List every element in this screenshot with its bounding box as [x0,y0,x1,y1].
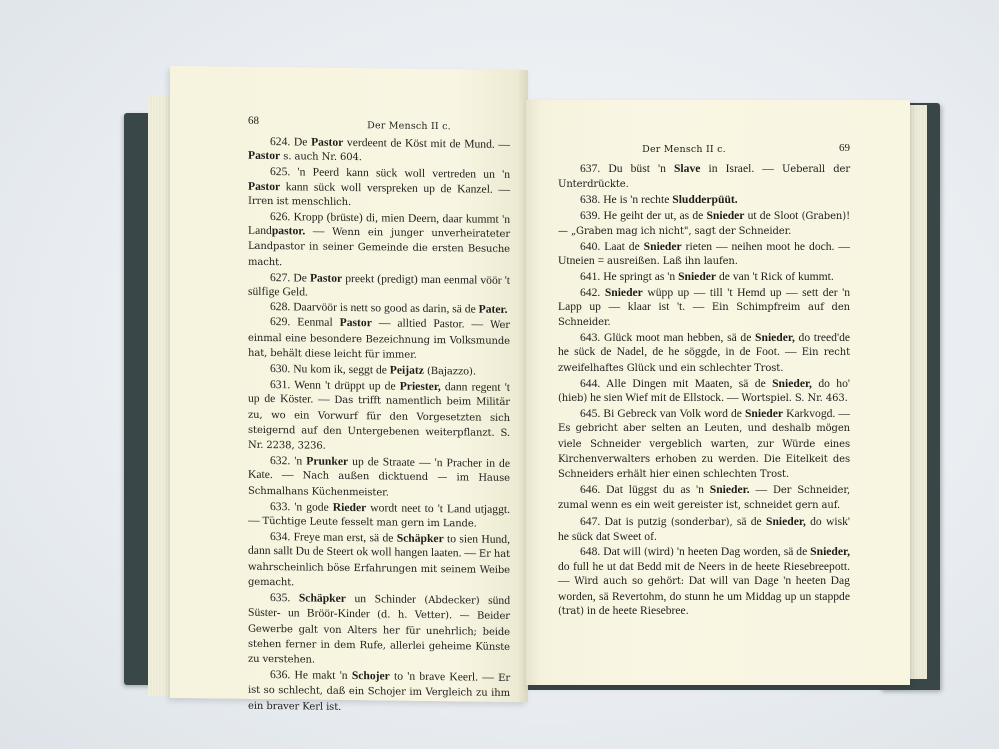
left-page: 68 Der Mensch II c. 624. De Pastor verde… [170,66,528,702]
keyword: Peijatz [390,364,424,377]
entry-number: 642. [580,286,605,299]
dialect-text: 'n heeten Dag worden, sä de [674,545,810,558]
keyword: Schäpker [397,532,444,546]
proverb-entry: 642. Snieder wüpp up — till 't Hemd up —… [558,286,850,331]
entry-number: 625. [270,165,298,178]
keyword: Slave [674,162,700,175]
entry-number: 644. [580,377,606,390]
german-gloss: (sonderbar), [671,517,733,528]
entry-number: 628. [270,300,293,313]
proverb-entry: 637. Du büst 'n Slave in Israel. — Ueber… [558,162,850,192]
dialect-text: de van 't Rick of kummt. [716,270,834,283]
dialect-text: he sien Wief mit de Ellstock. — [587,391,741,404]
entry-list: 637. Du büst 'n Slave in Israel. — Ueber… [558,162,850,619]
proverb-entry: 640. Laat de Snieder rieten — neihen moo… [558,240,850,269]
dialect-text: Laat de [604,240,643,253]
entry-number: 627. [270,271,293,284]
entry-number: 635. [270,591,299,604]
german-gloss: ausreißen. Laß ihn laufen. [607,256,738,267]
keyword: Pastor [248,179,280,192]
entry-number: 626. [270,210,294,223]
keyword: Snieder [745,407,783,420]
keyword: Pastor [248,149,280,162]
dialect-text: verdeent de Köst mit de Mund. — [343,136,510,151]
german-gloss: s. auch Nr. 604. [280,151,362,163]
running-head: Der Mensch II c. [248,119,510,133]
german-gloss: (hieb) [558,393,587,404]
dialect-text: Nu kom ik, seggt de [293,362,390,376]
dialect-text: He geiht der ut, as de [603,209,706,222]
dialect-text: — [305,225,332,238]
dialect-text: He makt 'n [295,668,352,682]
german-gloss: (Bajazzo). [424,366,476,378]
dialect-text: — alltied Pastor. — [372,317,490,331]
german-gloss: Tüchtige Leute fesselt man gern im Lande… [263,516,477,530]
proverb-entry: 648. Dat will (wird) 'n heeten Dag worde… [558,545,850,619]
keyword: Priester, [400,380,441,394]
dialect-text: ut de Sloot [744,209,801,222]
german-gloss: (trat) [558,606,584,617]
keyword: Pastor [340,316,372,329]
keyword: Snieder. [710,483,750,496]
proverb-entry: 643. Glück moot man hebben, sä de Sniede… [558,331,850,376]
proverb-entry: 632. 'n Prunker up de Straate — 'n Prach… [248,454,510,502]
dialect-text: Dat will [603,545,644,558]
keyword: Sludderpüüt. [672,193,737,206]
keyword: Snieder [678,270,716,283]
entry-number: 639. [580,209,603,222]
proverb-entry: 638. He is 'n rechte Sludderpüüt. [558,193,850,207]
proverb-entry: 641. He springt as 'n Snieder de van 't … [558,270,850,284]
entry-number: 645. [580,407,603,420]
dialect-text: Glück moot man hebben, sä de [604,331,755,344]
proverb-entry: 647. Dat is putzig (sonderbar), sä de Sn… [558,515,850,544]
german-gloss: Irren ist menschlich. [248,196,351,208]
entry-number: 633. [270,500,294,513]
dialect-text: De [293,271,310,284]
proverb-entry: 629. Eenmal Pastor — alltied Pastor. — W… [248,315,510,364]
entry-number: 643. [580,331,604,344]
dialect-text: Freye man erst, sä de [294,531,397,545]
dialect-text: un Schinder [346,592,425,606]
keyword: Snieder [706,209,744,222]
dialect-text: Dat is putzig [605,515,671,528]
dialect-text: Wenn 't drüppt up de [294,379,400,393]
right-page: Der Mensch II c. 69 637. Du büst 'n Slav… [526,100,910,685]
entry-number: 637. [580,162,608,175]
entry-number: 648. [580,545,603,558]
keyword: Pastor [311,136,343,149]
keyword: Snieder [644,240,682,253]
dialect-text: Daarvöör is nett so good as darin, sä de [293,301,478,316]
proverb-entry: 627. De Pastor preekt (predigt) man eenm… [248,271,510,303]
entry-number: 640. [580,240,604,253]
entry-number: 632. [270,454,294,467]
proverb-entry: 630. Nu kom ik, seggt de Peijatz (Bajazz… [248,362,510,380]
dialect-text: kann sück woll verspreken up de Kanzel. … [280,180,510,196]
dialect-text: He is 'n rechte [603,193,672,206]
dialect-text: Bi Gebreck van Volk word de [603,407,745,420]
german-gloss: (Abdecker) [424,595,479,607]
keyword: Schojer [352,669,390,682]
proverb-entry: 634. Freye man erst, sä de Schäpker to s… [248,530,510,593]
proverb-entry: 626. Kropp (brüste) di, mien Deern, daar… [248,210,510,273]
keyword: Rieder [333,501,366,514]
proverb-entry: 646. Dat lüggst du as 'n Snieder. — Der … [558,483,850,513]
proverb-entry: 625. 'n Peerd kann sück woll vertreden u… [248,165,510,212]
page-header: 68 Der Mensch II c. [248,115,510,138]
entry-number: 629. [270,315,297,328]
proverb-entry: 636. He makt 'n Schojer to 'n brave Keer… [248,668,510,717]
dialect-text: 'n [294,455,306,468]
keyword: Prunker [306,455,348,469]
dialect-text: sä de [733,515,766,528]
german-gloss: Wird auch so gehört: [574,576,684,587]
keyword: Snieder, [810,545,850,558]
dialect-text: Du büst 'n [608,162,674,175]
dialect-text: in Israel. — [700,162,782,175]
entry-number: 638. [580,193,603,206]
proverb-entry: 635. Schäpker un Schinder (Abdecker) sün… [248,591,510,670]
dialect-text: to 'n brave Keerl. — [390,670,498,684]
dialect-text: 'n Peerd kann sück woll vertreden un 'n [298,166,510,182]
entry-number: 647. [580,515,605,528]
entry-number: 636. [270,668,295,681]
dialect-text: He springt as 'n [603,270,678,283]
entry-number: 630. [270,362,293,375]
proverb-entry: 645. Bi Gebreck van Volk word de Snieder… [558,407,850,482]
dialect-text: Eenmal [297,316,339,330]
keyword: Snieder, [766,515,806,528]
entry-number: 634. [270,530,294,543]
keyword: Schäpker [299,591,346,605]
entry-number: 624. [270,135,294,148]
entry-number: 641. [580,270,603,283]
dialect-text: Alle Dingen mit Maaten, sä de [606,377,772,390]
dialect-text: 'n gode [294,500,332,513]
proverb-entry: 631. Wenn 't drüppt up de Priester, dann… [248,378,510,456]
entry-number: 631. [270,378,294,391]
dialect-text: do ho' [812,377,850,390]
german-gloss: (wird) [644,547,674,558]
dialect-text: in de heete Riesebree. [584,604,689,617]
entry-list: 624. De Pastor verdeent de Köst mit de M… [248,135,510,717]
german-gloss: Wortspiel. S. Nr. 463. [741,393,847,404]
proverb-entry: 624. De Pastor verdeent de Köst mit de M… [248,135,510,168]
page-header: Der Mensch II c. 69 [558,142,850,162]
dialect-text: Karkvogd. — [783,407,850,420]
dialect-text: Dat lüggst du as 'n [606,483,710,496]
german-gloss: Es gebricht aber selten an Leuten, und d… [558,423,850,480]
page-number: 69 [839,142,850,154]
dialect-text: De [294,135,311,148]
running-head: Der Mensch II c. [558,144,850,155]
keyword: Pastor [310,271,342,284]
keyword: Snieder, [755,331,795,344]
keyword: pastor. [272,224,305,237]
proverb-entry: 633. 'n gode Rieder wordt neet to 't Lan… [248,500,510,533]
keyword: Snieder [605,286,643,299]
dialect-text: — [750,483,773,496]
entry-number: 646. [580,483,606,496]
proverb-entry: 644. Alle Dingen mit Maaten, sä de Snied… [558,377,850,406]
proverb-entry: 639. He geiht der ut, as de Snieder ut d… [558,209,850,239]
keyword: Pater. [479,303,508,316]
keyword: Snieder, [772,377,812,390]
